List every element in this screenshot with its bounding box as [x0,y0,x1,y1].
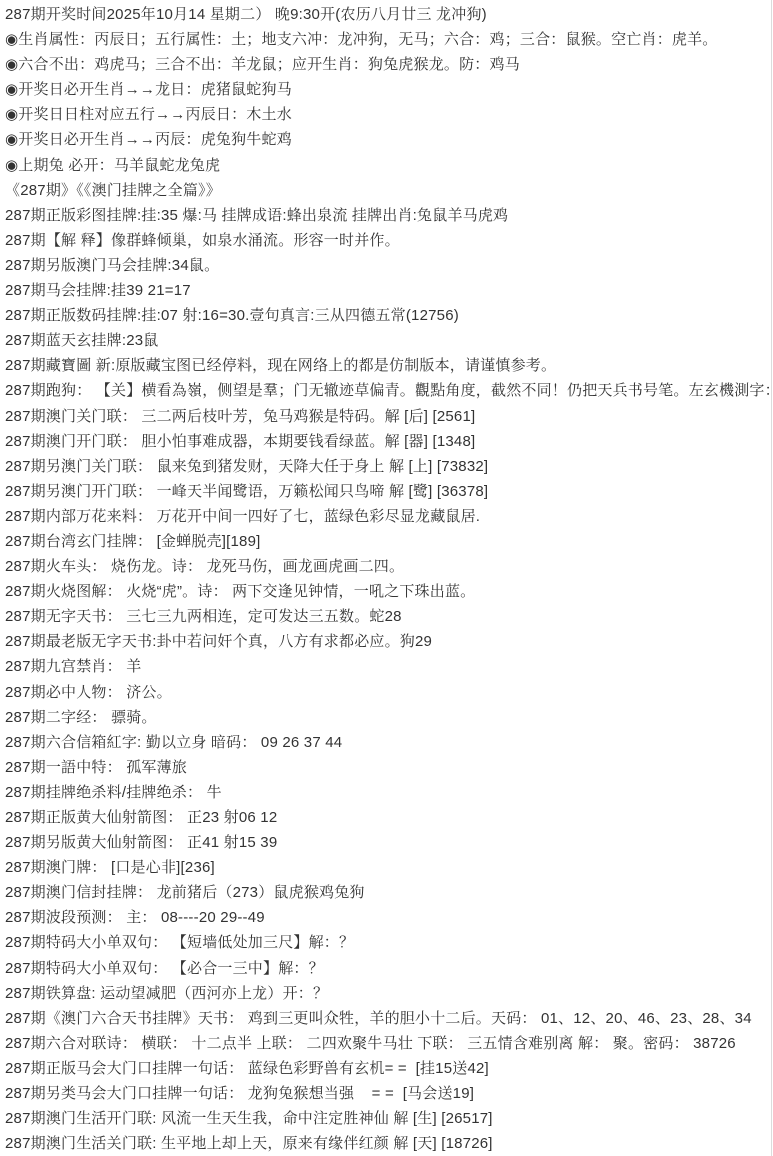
text-line: 287期二字经： 骠骑。 [5,705,771,730]
text-line: 287期另版澳门马会挂牌:34鼠。 [5,253,771,278]
text-line: 287期铁算盘: 运动望减肥（西河亦上龙）开：？ [5,981,771,1006]
text-line: ◉六合不出：鸡虎马；三合不出：羊龙鼠；应开生肖：狗兔虎猴龙。防：鸡马 [5,52,771,77]
text-line: 287期九宫禁肖： 羊 [5,654,771,679]
text-line: 287期正版马会大门口挂牌一句话： 蓝绿色彩野兽有玄机= = [挂15送42] [5,1056,771,1081]
text-line: ◉上期兔 必开：马羊鼠蛇龙兔虎 [5,153,771,178]
text-line: 287期内部万花来料： 万花开中间一四好了七，蓝绿色彩尽显龙藏鼠居. [5,504,771,529]
lottery-info-page: 287期开奖时间2025年10月14 星期二） 晚9:30开(农历八月廿三 龙冲… [0,0,772,1156]
text-line: 287期正版彩图挂牌:挂:35 爆:马 挂牌成语:蜂出泉流 挂牌出肖:兔鼠羊马虎… [5,203,771,228]
text-line: 287期另版黄大仙射箭图： 正41 射15 39 [5,830,771,855]
text-line: 287期马会挂牌:挂39 21=17 [5,278,771,303]
text-line: 287期澳门生活开门联: 风流一生天生我，命中注定胜神仙 解 [生] [2651… [5,1106,771,1131]
text-line: 287期波段预测： 主： 08----20 29--49 [5,905,771,930]
lottery-info-list: 287期开奖时间2025年10月14 星期二） 晚9:30开(农历八月廿三 龙冲… [5,2,771,1156]
text-line: 287期蓝天玄挂牌:23鼠 [5,328,771,353]
text-line: 287期无字天书： 三七三九两相连，定可发达三五数。蛇28 [5,604,771,629]
text-line: 287期正版数码挂牌:挂:07 射:16=30.壹句真言:三从四德五常(1275… [5,303,771,328]
text-line: 287期藏寶圖 新:原版藏宝图已经停料，现在网络上的都是仿制版本，请谨慎参考。 [5,353,771,378]
text-line: 287期挂牌绝杀料/挂牌绝杀： 牛 [5,780,771,805]
text-line: 287期澳门关门联： 三二两后枝叶芳，兔马鸡猴是特码。解 [后] [2561] [5,404,771,429]
text-line: 287期必中人物： 济公。 [5,680,771,705]
text-line: 287期《澳门六合天书挂牌》天书： 鸡到三更叫众牲，羊的胆小十二后。天码： 01… [5,1006,771,1031]
text-line: 287期澳门开门联： 胆小怕事难成器，本期要钱看绿蓝。解 [器] [1348] [5,429,771,454]
text-line: 287期火车头： 烧伤龙。诗： 龙死马伤，画龙画虎画二四。 [5,554,771,579]
text-line: ◉生肖属性：丙辰日；五行属性：土；地支六冲：龙冲狗，无马；六合：鸡；三合：鼠猴。… [5,27,771,52]
text-line: 287期另澳门开门联： 一峰天半闻鹭语，万籁松闻只鸟啼 解 [鹭] [36378… [5,479,771,504]
text-line: 287期六合对联诗： 横联： 十二点半 上联： 二四欢聚牛马壮 下联： 三五情含… [5,1031,771,1056]
text-line: 287期特码大小单双句： 【必合一三中】解：？ [5,956,771,981]
text-line: ◉开奖日必开生肖→→丙辰：虎兔狗牛蛇鸡 [5,127,771,152]
text-line: 287期火烧图解： 火烧“虎”。诗： 两下交逢见钟情，一吼之下珠出蓝。 [5,579,771,604]
text-line: 287期澳门生活关门联: 生平地上却上天，原来有缘伴红颜 解 [天] [1872… [5,1131,771,1156]
text-line: 287期六合信箱紅字: 勤以立身 暗码： 09 26 37 44 [5,730,771,755]
text-line: 287期开奖时间2025年10月14 星期二） 晚9:30开(农历八月廿三 龙冲… [5,2,771,27]
text-line: 287期澳门信封挂牌： 龙前猪后（273）鼠虎猴鸡兔狗 [5,880,771,905]
text-line: 《287期》《《澳门挂牌之全篇》》 [5,178,771,203]
text-line: 287期另澳门关门联： 鼠来兔到猪发财，天降大任于身上 解 [上] [73832… [5,454,771,479]
text-line: 287期跑狗： 【关】横看為嶺，侧望是羣；门无辙迹草偏青。觀點角度，截然不同！仍… [5,378,771,403]
text-line: 287期台湾玄门挂牌： [金蝉脱壳][189] [5,529,771,554]
text-line: 287期最老版无字天书:卦中若问奸个真，八方有求都必应。狗29 [5,629,771,654]
text-line: 287期澳门牌： [口是心非][236] [5,855,771,880]
text-line: 287期正版黄大仙射箭图： 正23 射06 12 [5,805,771,830]
text-line: 287期另类马会大门口挂牌一句话： 龙狗兔猴想当强 = = [马会送19] [5,1081,771,1106]
text-line: 287期特码大小单双句： 【短墙低处加三尺】解：？ [5,930,771,955]
text-line: 287期【解 释】像群蜂倾巢，如泉水涌流。形容一时并作。 [5,228,771,253]
text-line: ◉开奖日必开生肖→→龙日：虎猪鼠蛇狗马 [5,77,771,102]
text-line: ◉开奖日日柱对应五行→→丙辰日：木土水 [5,102,771,127]
text-line: 287期一語中特： 孤军薄旅 [5,755,771,780]
